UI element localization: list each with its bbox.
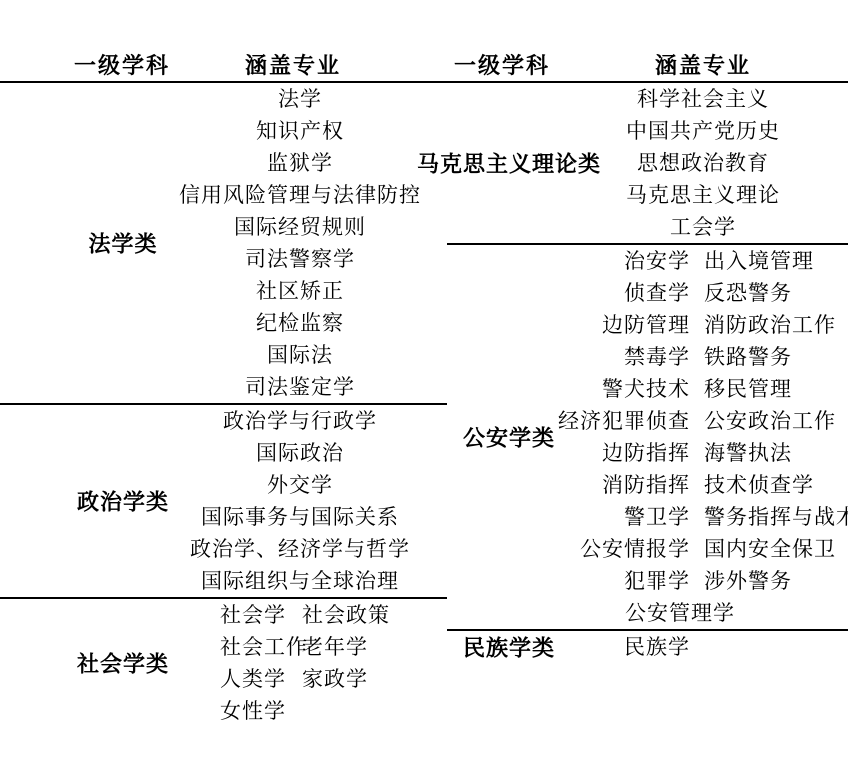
category-label-public-security: 公安学类: [359, 422, 659, 453]
right-header-first-level-discipline: 一级学科: [454, 51, 550, 81]
section-marxism-theory: 马克思主义理论类 科学社会主义 中国共产党历史 思想政治教育 马克思主义理论 工…: [447, 83, 848, 243]
major-pair-row: 社会学社会政策: [220, 599, 447, 631]
category-label-marxism-theory: 马克思主义理论类: [359, 148, 659, 179]
major-item: 知识产权: [100, 115, 500, 147]
major-item: 反恐警务: [704, 277, 792, 309]
major-item: 警犬技术: [447, 373, 690, 405]
major-item: 消防指挥: [447, 469, 690, 501]
major-item: 警务指挥与战术: [704, 501, 848, 533]
major-item: 边防管理: [447, 309, 690, 341]
major-item: 中国共产党历史: [503, 115, 848, 147]
major-item: 警卫学: [447, 501, 690, 533]
major-item: 禁毒学: [447, 341, 690, 373]
category-label-sociology: 社会学类: [0, 648, 273, 679]
major-pair-row: 治安学出入境管理: [447, 245, 848, 277]
major-item: 出入境管理: [704, 245, 814, 277]
left-table: 法学类 法学 知识产权 监狱学 信用风险管理与法律防控 国际经贸规则 司法警察学…: [0, 83, 447, 727]
major-item: 公安政治工作: [704, 405, 836, 437]
right-table: 马克思主义理论类 科学社会主义 中国共产党历史 思想政治教育 马克思主义理论 工…: [447, 83, 848, 663]
category-label-law: 法学类: [0, 228, 273, 259]
major-item: 科学社会主义: [503, 83, 848, 115]
major-item: 社区矫正: [100, 275, 500, 307]
major-item: 铁路警务: [704, 341, 792, 373]
section-law: 法学类 法学 知识产权 监狱学 信用风险管理与法律防控 国际经贸规则 司法警察学…: [0, 83, 447, 403]
major-item: 国际法: [100, 339, 500, 371]
major-single-row: 公安管理学: [447, 597, 848, 629]
major-pair-row: 消防指挥技术侦查学: [447, 469, 848, 501]
major-item: 治安学: [447, 245, 690, 277]
major-pair-row: 犯罪学涉外警务: [447, 565, 848, 597]
major-item: 侦查学: [447, 277, 690, 309]
major-pair-row: 警犬技术移民管理: [447, 373, 848, 405]
major-item: 消防政治工作: [704, 309, 836, 341]
section-public-security: 公安学类 治安学出入境管理 侦查学反恐警务 边防管理消防政治工作 禁毒学铁路警务…: [447, 243, 848, 629]
major-item: 纪检监察: [100, 307, 500, 339]
major-item: 法学: [100, 83, 500, 115]
major-pair-row: 警卫学警务指挥与战术: [447, 501, 848, 533]
major-item: 犯罪学: [447, 565, 690, 597]
major-item: 国际组织与全球治理: [100, 565, 500, 597]
major-item: 工会学: [503, 211, 848, 243]
major-item: 社会政策: [302, 603, 390, 627]
major-item: 社会学: [220, 599, 302, 631]
major-item: 信用风险管理与法律防控: [100, 179, 500, 211]
category-label-ethnology: 民族学类: [359, 632, 659, 663]
discipline-majors-table: 一级学科 涵盖专业 一级学科 涵盖专业 法学类 法学 知识产权 监狱学 信用风险…: [0, 0, 848, 768]
major-item: 技术侦查学: [704, 469, 814, 501]
major-pair-row: 边防管理消防政治工作: [447, 309, 848, 341]
major-item: 女性学: [220, 695, 302, 727]
major-pair-row: 女性学: [220, 695, 447, 727]
left-header-covered-majors: 涵盖专业: [245, 51, 341, 81]
right-header-covered-majors: 涵盖专业: [655, 51, 751, 81]
major-pair-row: 禁毒学铁路警务: [447, 341, 848, 373]
major-item: 马克思主义理论: [503, 179, 848, 211]
major-pair-row: 侦查学反恐警务: [447, 277, 848, 309]
left-header-first-level-discipline: 一级学科: [74, 51, 170, 81]
section-ethnology: 民族学类 民族学: [447, 629, 848, 663]
major-item: 司法鉴定学: [100, 371, 500, 403]
major-item: 家政学: [302, 667, 368, 691]
major-item: 海警执法: [704, 437, 792, 469]
major-item: 国内安全保卫: [704, 533, 836, 565]
category-label-political-science: 政治学类: [0, 486, 273, 517]
major-item: 涉外警务: [704, 565, 792, 597]
major-item: 移民管理: [704, 373, 792, 405]
major-item: 公安情报学: [447, 533, 690, 565]
major-item: 政治学、经济学与哲学: [100, 533, 500, 565]
major-pair-row: 公安情报学国内安全保卫: [447, 533, 848, 565]
major-item: 公安管理学: [625, 601, 735, 625]
